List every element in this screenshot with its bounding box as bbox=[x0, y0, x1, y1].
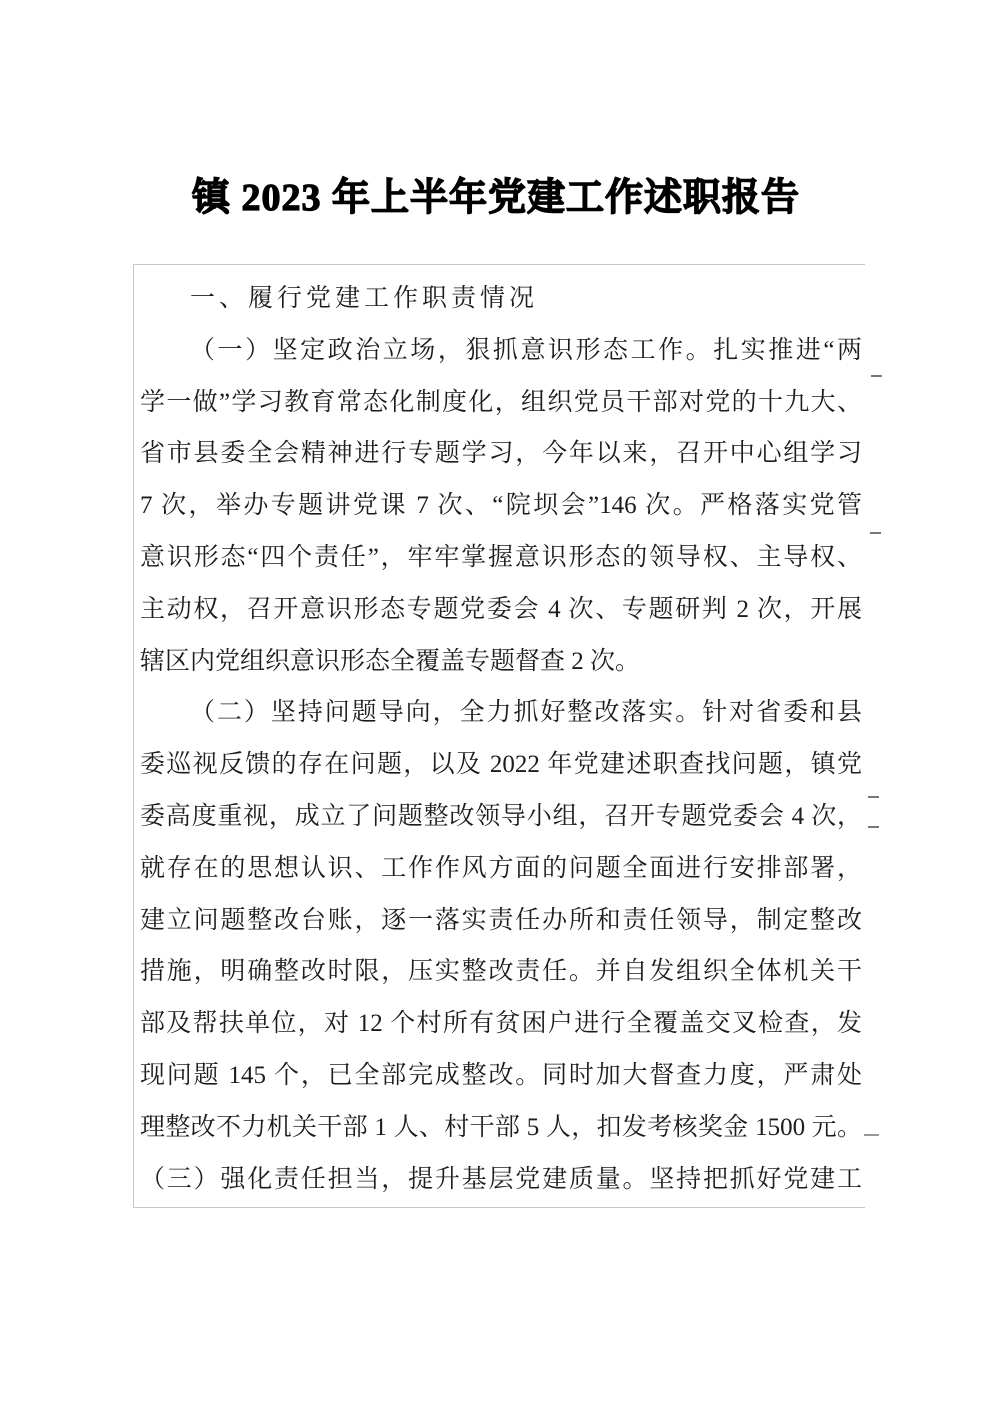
body-line: 就存在的思想认识、工作作风方面的问题全面进行安排部署， bbox=[140, 843, 862, 895]
body-line: 学一做”学习教育常态化制度化，组织党员干部对党的十九大、 bbox=[140, 377, 862, 429]
edit-mark bbox=[871, 375, 882, 377]
body-line: 委高度重视，成立了问题整改领导小组，召开专题党委会 4 次， bbox=[140, 791, 862, 843]
edit-mark bbox=[868, 826, 879, 828]
body-line: 措施，明确整改时限，压实整改责任。并自发组织全体机关干 bbox=[140, 946, 862, 998]
body-line: 辖区内党组织意识形态全覆盖专题督查 2 次。 bbox=[140, 636, 862, 688]
body-line: （一）坚定政治立场，狠抓意识形态工作。扎实推进“两 bbox=[140, 325, 862, 377]
body-line: 意识形态“四个责任”，牢牢掌握意识形态的领导权、主导权、 bbox=[140, 532, 862, 584]
body-line: 委巡视反馈的存在问题，以及 2022 年党建述职查找问题，镇党 bbox=[140, 739, 862, 791]
body-line: 理整改不力机关干部 1 人、村干部 5 人，扣发考核奖金 1500 元。 bbox=[140, 1102, 862, 1154]
document-page: 镇 2023 年上半年党建工作述职报告 一、履行党建工作职责情况 （一）坚定政治… bbox=[0, 0, 992, 1403]
body-line: （二）坚持问题导向，全力抓好整改落实。针对省委和县 bbox=[140, 687, 862, 739]
document-title: 镇 2023 年上半年党建工作述职报告 bbox=[0, 174, 992, 222]
section-heading: 一、履行党建工作职责情况 bbox=[140, 273, 862, 325]
body-line: 部及帮扶单位，对 12 个村所有贫困户进行全覆盖交叉检查，发 bbox=[140, 998, 862, 1050]
body-line: 7 次，举办专题讲党课 7 次、“院坝会”146 次。严格落实党管 bbox=[140, 480, 862, 532]
body-line: 主动权，召开意识形态专题党委会 4 次、专题研判 2 次，开展 bbox=[140, 584, 862, 636]
body-line: 现问题 145 个，已全部完成整改。同时加大督查力度，严肃处 bbox=[140, 1050, 862, 1102]
edit-mark bbox=[864, 1134, 879, 1136]
document-body-frame: 一、履行党建工作职责情况 （一）坚定政治立场，狠抓意识形态工作。扎实推进“两 学… bbox=[133, 264, 865, 1208]
body-line: （三）强化责任担当，提升基层党建质量。坚持把抓好党建工 bbox=[140, 1154, 862, 1206]
body-line: 建立问题整改台账，逐一落实责任办所和责任领导，制定整改 bbox=[140, 895, 862, 947]
edit-mark bbox=[870, 532, 881, 534]
body-line: 省市县委全会精神进行专题学习，今年以来，召开中心组学习 bbox=[140, 428, 862, 480]
edit-mark bbox=[868, 796, 879, 798]
